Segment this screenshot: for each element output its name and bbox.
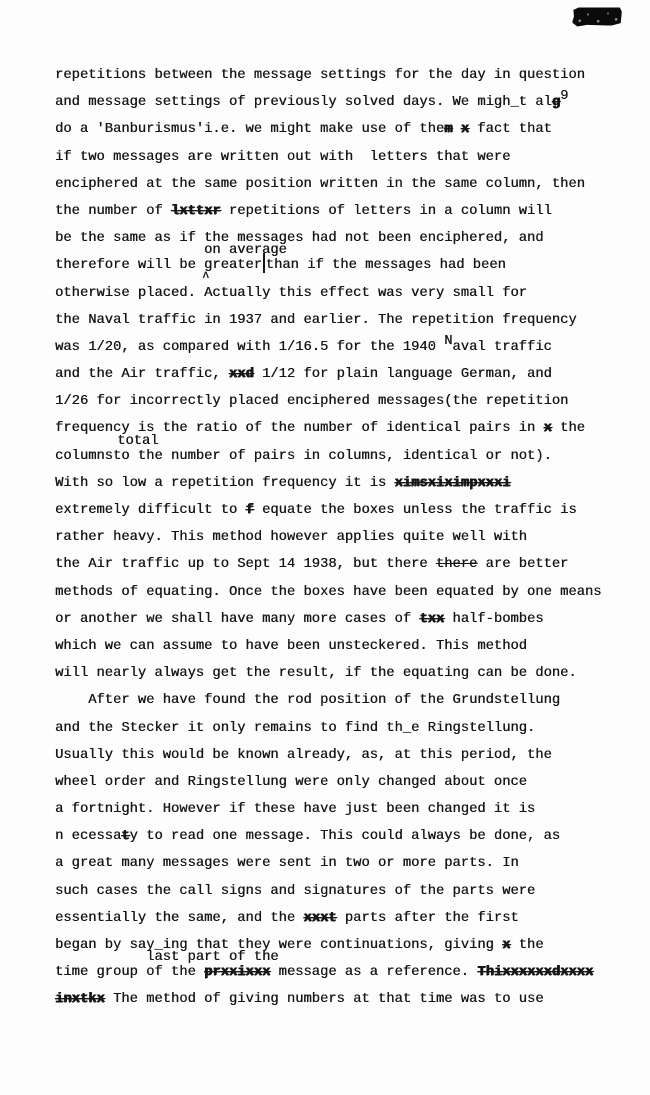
struck-out-text: Thixxxxxxdxxxx bbox=[477, 965, 593, 980]
text-run: 1/26 for incorrectly placed enciphered m… bbox=[55, 394, 568, 409]
scanned-page: repetitions between the message settings… bbox=[0, 0, 650, 1095]
text-line: will nearly always get the result, if th… bbox=[55, 660, 601, 687]
text-line: Usually this would be known already, as,… bbox=[55, 742, 601, 769]
text-line: was 1/20, as compared with 1/16.5 for th… bbox=[55, 334, 601, 361]
text-run: n ecessa bbox=[55, 829, 121, 844]
text-line: the Air traffic up to Sept 14 1938, but … bbox=[55, 551, 601, 578]
inserted-text-above: total bbox=[117, 435, 158, 449]
text-run: and the Stecker it only remains to find … bbox=[55, 721, 535, 736]
text-line: a great many messages were sent in two o… bbox=[55, 850, 601, 877]
text-line: rather heavy. This method however applie… bbox=[55, 524, 601, 551]
text-line: columnsto the number of pairs in columns… bbox=[55, 443, 601, 470]
text-run: rather heavy. This method however applie… bbox=[55, 530, 527, 545]
text-line: or another we shall have many more cases… bbox=[55, 606, 601, 633]
text-run: Usually this would be known already, as,… bbox=[55, 748, 552, 763]
text-line: time group of the prxxixxx message as a … bbox=[55, 959, 601, 986]
text-run: and the Air traffic, bbox=[55, 367, 229, 382]
text-run: are better bbox=[477, 557, 568, 572]
text-line: and the Stecker it only remains to find … bbox=[55, 715, 601, 742]
raised-character: 9 bbox=[560, 89, 568, 104]
text-line: therefore will be greaterthan if the mes… bbox=[55, 252, 601, 279]
text-run: equate the boxes unless the traffic is bbox=[254, 503, 577, 518]
struck-out-text: ximsxiximpxxxi bbox=[394, 476, 510, 491]
struck-out-text: t bbox=[121, 829, 129, 844]
text-line: began by say_ing that they were continua… bbox=[55, 932, 601, 959]
text-run: than if the messages had been bbox=[266, 258, 506, 273]
text-run: methods of equating. Once the boxes have… bbox=[55, 585, 601, 600]
text-run: the bbox=[552, 421, 585, 436]
inserted-text-above: last part of the bbox=[146, 951, 278, 965]
text-run: the Air traffic up to Sept 14 1938, but … bbox=[55, 557, 436, 572]
text-line: extremely difficult to f equate the boxe… bbox=[55, 497, 601, 524]
text-line: which we can assume to have been unsteck… bbox=[55, 633, 601, 660]
text-run: With so low a repetition frequency it is bbox=[55, 476, 394, 491]
text-line: methods of equating. Once the boxes have… bbox=[55, 579, 601, 606]
struck-out-text: lxttxr bbox=[171, 204, 221, 219]
text-run: wheel order and Ringstellung were only c… bbox=[55, 775, 527, 790]
text-run: The method of giving numbers at that tim… bbox=[105, 992, 544, 1007]
text-run: will nearly always get the result, if th… bbox=[55, 666, 577, 681]
text-run: message as a reference. bbox=[270, 965, 477, 980]
text-run: half-bombes bbox=[444, 612, 543, 627]
text-run: After we have found the rod position of … bbox=[55, 693, 560, 708]
text-run: repetitions between the message settings… bbox=[55, 68, 585, 83]
text-line: repetitions between the message settings… bbox=[55, 62, 601, 89]
struck-out-text: xxd bbox=[229, 367, 254, 382]
struck-out-text: prxxixxx bbox=[204, 965, 270, 980]
text-run: extremely difficult to bbox=[55, 503, 245, 518]
text-line: and the Air traffic, xxd 1/12 for plain … bbox=[55, 361, 601, 388]
text-line: be the same as if the messages had not b… bbox=[55, 225, 601, 252]
text-line: if two messages are written out with let… bbox=[55, 144, 601, 171]
text-run: 1/12 for plain language German, and bbox=[254, 367, 552, 382]
text-run: y to read one message. This could always… bbox=[130, 829, 561, 844]
text-run: the number of bbox=[55, 204, 171, 219]
typewritten-text: repetitions between the message settings… bbox=[55, 62, 601, 1014]
text-line: do a 'Banburismus'i.e. we might make use… bbox=[55, 116, 601, 143]
text-run: essentially the same, and the bbox=[55, 911, 303, 926]
text-run: enciphered at the same position written … bbox=[55, 177, 585, 192]
text-line: otherwise placed. Actually this effect w… bbox=[55, 280, 601, 307]
text-run: such cases the call signs and signatures… bbox=[55, 884, 535, 899]
struck-out-text: x bbox=[544, 421, 552, 436]
text-run: therefore will be greater bbox=[55, 258, 262, 273]
inserted-text-above: on average bbox=[204, 244, 287, 258]
struck-out-text: inxtkx bbox=[55, 992, 105, 1007]
text-run: do a 'Banburismus'i.e. we might make use… bbox=[55, 122, 444, 137]
text-run: if two messages are written out with let… bbox=[55, 150, 510, 165]
text-run: columnsto the number of pairs in columns… bbox=[55, 449, 552, 464]
text-run: the Naval traffic in 1937 and earlier. T… bbox=[55, 313, 577, 328]
text-run: or another we shall have many more cases… bbox=[55, 612, 419, 627]
struck-out-text: xxxt bbox=[303, 911, 336, 926]
text-line: After we have found the rod position of … bbox=[55, 687, 601, 714]
text-run: which we can assume to have been unsteck… bbox=[55, 639, 527, 654]
text-run: was 1/20, as compared with 1/16.5 for th… bbox=[55, 340, 444, 355]
text-line: such cases the call signs and signatures… bbox=[55, 878, 601, 905]
text-run: and message settings of previously solve… bbox=[55, 95, 552, 110]
text-run: otherwise placed. Actually this effect w… bbox=[55, 286, 527, 301]
text-run bbox=[452, 122, 460, 137]
text-run: aval traffic bbox=[452, 340, 551, 355]
struck-out-text: g bbox=[552, 95, 560, 110]
text-line: With so low a repetition frequency it is… bbox=[55, 470, 601, 497]
struck-out-text: there bbox=[436, 557, 477, 572]
struck-out-text: f bbox=[245, 503, 253, 518]
text-run: time group of the bbox=[55, 965, 204, 980]
text-line: a fortnight. However if these have just … bbox=[55, 796, 601, 823]
struck-out-text: txx bbox=[419, 612, 444, 627]
text-line: 1/26 for incorrectly placed enciphered m… bbox=[55, 388, 601, 415]
text-line: inxtkx The method of giving numbers at t… bbox=[55, 986, 601, 1013]
raised-character: N bbox=[444, 334, 452, 349]
text-line: the number of lxttxr repetitions of lett… bbox=[55, 198, 601, 225]
text-run: a great many messages were sent in two o… bbox=[55, 856, 519, 871]
text-run: the bbox=[510, 938, 543, 953]
text-run: repetitions of letters in a column will bbox=[221, 204, 552, 219]
text-line: essentially the same, and the xxxt parts… bbox=[55, 905, 601, 932]
text-run: a fortnight. However if these have just … bbox=[55, 802, 535, 817]
text-line: and message settings of previously solve… bbox=[55, 89, 601, 116]
text-line: the Naval traffic in 1937 and earlier. T… bbox=[55, 307, 601, 334]
text-line: wheel order and Ringstellung were only c… bbox=[55, 769, 601, 796]
ink-stamp bbox=[572, 6, 622, 26]
text-line: n ecessaty to read one message. This cou… bbox=[55, 823, 601, 850]
text-run: be the same as if the messages had not b… bbox=[55, 231, 544, 246]
text-run: fact that bbox=[469, 122, 552, 137]
text-run: parts after the first bbox=[337, 911, 519, 926]
struck-out-text: x bbox=[461, 122, 469, 137]
text-line: enciphered at the same position written … bbox=[55, 171, 601, 198]
